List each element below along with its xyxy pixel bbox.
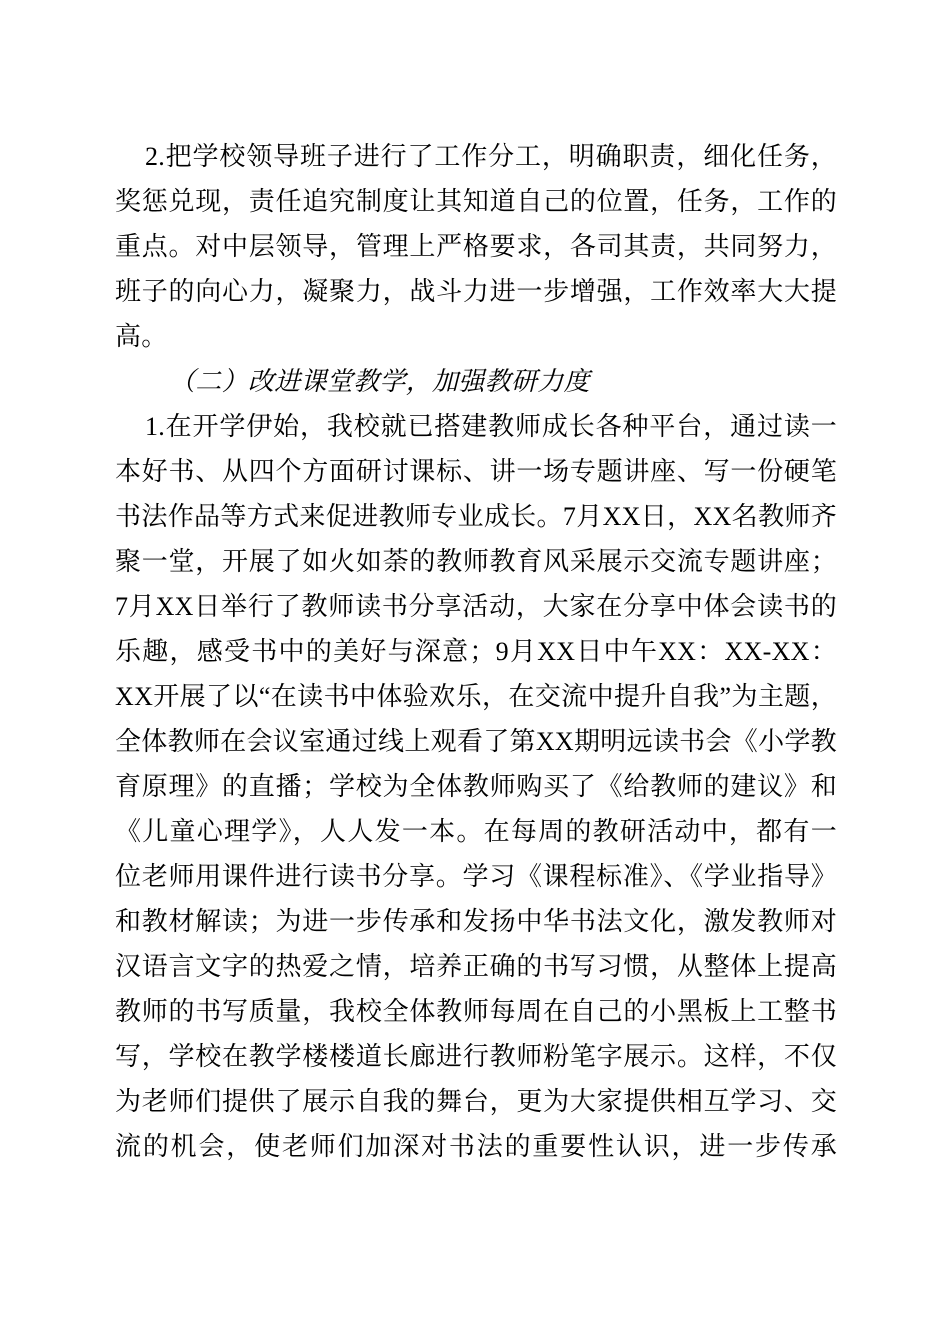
paragraph-leadership-division: 2.把学校领导班子进行了工作分工，明确职责，细化任务，奖惩兑现，责任追究制度让其… — [115, 134, 837, 359]
section-heading-improve-teaching: （二）改进课堂教学，加强教研力度 — [115, 359, 837, 404]
document-page: 2.把学校领导班子进行了工作分工，明确职责，细化任务，奖惩兑现，责任追究制度让其… — [0, 0, 950, 1344]
paragraph-teacher-development: 1.在开学伊始，我校就已搭建教师成长各种平台，通过读一本好书、从四个方面研讨课标… — [115, 404, 837, 1169]
